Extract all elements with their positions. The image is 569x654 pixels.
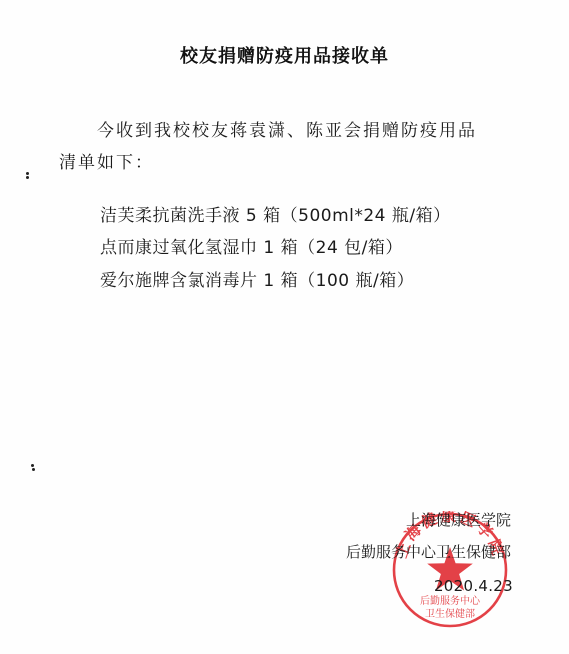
scan-speck bbox=[32, 468, 35, 471]
document-page: 校友捐赠防疫用品接收单 今收到我校校友蒋袁潇、陈亚会捐赠防疫用品 清单如下： 洁… bbox=[0, 0, 569, 654]
signature-department: 后勤服务中心卫生保健部 bbox=[346, 541, 511, 562]
stamp-inner-text-2: 卫生保健部 bbox=[425, 607, 475, 620]
signature-date: 2020.4.23 bbox=[434, 577, 513, 595]
signature-organization: 上海健康医学院 bbox=[406, 509, 511, 530]
scan-speck bbox=[26, 176, 29, 179]
paragraph-line-1: 今收到我校校友蒋袁潇、陈亚会捐赠防疫用品 bbox=[97, 116, 477, 141]
donation-item: 洁芙柔抗菌洗手液 5 箱（500ml*24 瓶/箱） bbox=[100, 201, 451, 226]
scan-speck bbox=[31, 464, 34, 467]
scan-speck bbox=[26, 172, 29, 175]
donation-item: 爱尔施牌含氯消毒片 1 箱（100 瓶/箱） bbox=[100, 266, 414, 291]
donation-item: 点而康过氧化氢湿巾 1 箱（24 包/箱） bbox=[100, 233, 403, 258]
document-title: 校友捐赠防疫用品接收单 bbox=[0, 42, 569, 68]
paragraph-line-2: 清单如下： bbox=[59, 148, 154, 173]
stamp-inner-text-1: 后勤服务中心 bbox=[420, 594, 481, 607]
